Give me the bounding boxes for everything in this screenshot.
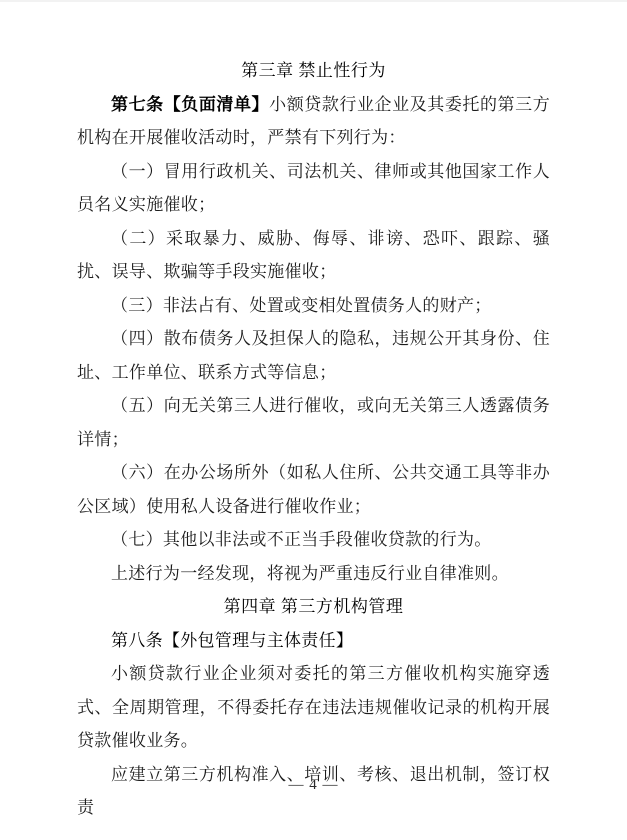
article-7-lead: 第七条【负面清单】 xyxy=(111,95,269,114)
article-8-heading: 第八条【外包管理与主体责任】 xyxy=(77,624,550,658)
article-7-conclusion: 上述行为一经发现，将视为严重违反行业自律准则。 xyxy=(77,557,550,591)
prohibited-item-5: （五）向无关第三人进行催收，或向无关第三人透露债务详情； xyxy=(77,389,550,456)
document-content: 第三章 禁止性行为 第七条【负面清单】小额贷款行业企业及其委托的第三方机构在开展… xyxy=(77,54,550,825)
prohibited-item-6: （六）在办公场所外（如私人住所、公共交通工具等非办公区域）使用私人设备进行催收作… xyxy=(77,456,550,523)
page-top-edge xyxy=(0,0,627,2)
article-8-paragraph-1: 小额贷款行业企业须对委托的第三方催收机构实施穿透式、全周期管理，不得委托存在违法… xyxy=(77,657,550,758)
chapter-3-heading: 第三章 禁止性行为 xyxy=(77,54,550,88)
prohibited-item-2: （二）采取暴力、威胁、侮辱、诽谤、恐吓、跟踪、骚扰、误导、欺骗等手段实施催收； xyxy=(77,222,550,289)
article-7-intro-paragraph: 第七条【负面清单】小额贷款行业企业及其委托的第三方机构在开展催收活动时，严禁有下… xyxy=(77,88,550,155)
prohibited-item-4: （四）散布债务人及担保人的隐私，违规公开其身份、住址、工作单位、联系方式等信息； xyxy=(77,322,550,389)
chapter-4-heading: 第四章 第三方机构管理 xyxy=(77,590,550,624)
prohibited-item-3: （三）非法占有、处置或变相处置债务人的财产； xyxy=(77,289,550,323)
page-number: — 4 — xyxy=(0,771,627,799)
prohibited-item-7: （七）其他以非法或不正当手段催收贷款的行为。 xyxy=(77,523,550,557)
prohibited-item-1: （一）冒用行政机关、司法机关、律师或其他国家工作人员名义实施催收； xyxy=(77,155,550,222)
document-page: 第三章 禁止性行为 第七条【负面清单】小额贷款行业企业及其委托的第三方机构在开展… xyxy=(0,0,627,840)
